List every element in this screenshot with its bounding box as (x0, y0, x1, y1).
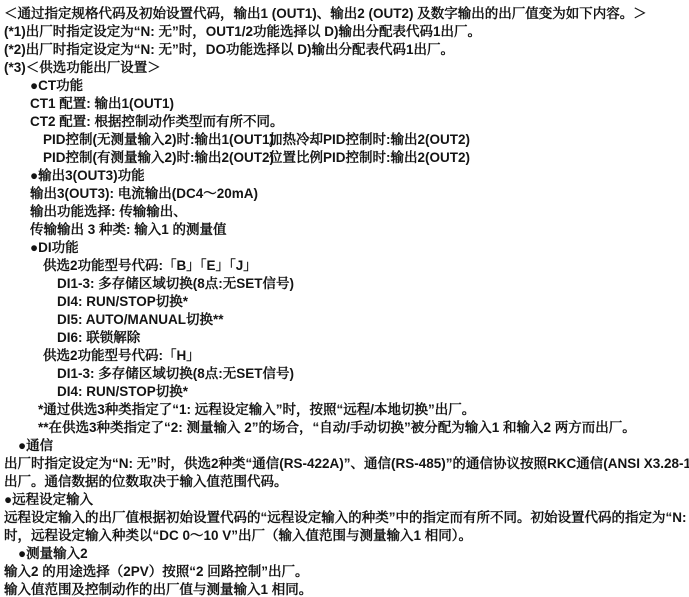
section-out3: ●输出3(OUT3)功能 (2, 167, 689, 185)
section-ct: ●CT功能 (2, 77, 689, 95)
pid-row-1: PID控制(无测量输入2)时:输出1(OUT1)加热冷却PID控制时:输出2(O… (2, 131, 689, 149)
line-text-column2: 位置比例PID控制时:输出2(OUT2) (269, 149, 470, 167)
line-text: ＜通过指定规格代码及初始设置代码，输出1 (OUT1)、输出2 (OUT2) 及… (4, 6, 647, 21)
document-lines: ＜通过指定规格代码及初始设置代码，输出1 (OUT1)、输出2 (OUT2) 及… (2, 5, 689, 597)
option2-code-h: 供选2功能型号代码:「H」 (2, 347, 689, 365)
line-text: DI4: RUN/STOP切换* (57, 294, 188, 309)
note-3-heading: (*3)＜供选功能出厂设置＞ (2, 59, 689, 77)
option2-code-bej: 供选2功能型号代码:「B」「E」「J」 (2, 257, 689, 275)
section-comm: ●通信 (2, 437, 689, 455)
di4-bej: DI4: RUN/STOP切换* (2, 293, 689, 311)
line-text: ●CT功能 (30, 78, 83, 93)
section-di: ●DI功能 (2, 239, 689, 257)
line-text: DI5: AUTO/MANUAL切换** (57, 312, 224, 327)
ct2-config: CT2 配置: 根据控制动作类型而有所不同。 (2, 113, 689, 131)
line-text: 出厂。通信数据的位数取决于输入值范围代码。 (4, 474, 288, 489)
mi2-body-2: 输入值范围及控制动作的出厂值与测量输入1 相同。 (2, 581, 689, 597)
line-text: ●通信 (18, 438, 53, 453)
line-text: ●测量输入2 (18, 546, 88, 561)
mi2-body-1: 输入2 的用途选择（2PV）按照“2 回路控制”出厂。 (2, 563, 689, 581)
section-measure-in2: ●测量输入2 (2, 545, 689, 563)
line-text: PID控制(有测量输入2)时:输出2(OUT2) (43, 150, 274, 165)
note-2: (*2)出厂时指定设定为“N: 无”时，DO功能选择以 D)输出分配表代码1出厂… (2, 41, 689, 59)
line-text: 时，远程设定输入种类以“DC 0～10 V”出厂（输入值范围与测量输入1 相同）… (4, 528, 472, 543)
ct1-config: CT1 配置: 输出1(OUT1) (2, 95, 689, 113)
line-text: 输入2 的用途选择（2PV）按照“2 回路控制”出厂。 (4, 564, 309, 579)
pid-row-2: PID控制(有测量输入2)时:输出2(OUT2)位置比例PID控制时:输出2(O… (2, 149, 689, 167)
transmission-type: 传输输出 3 种类: 输入1 的测量值 (2, 221, 689, 239)
line-text-column2: 加热冷却PID控制时:输出2(OUT2) (269, 131, 470, 149)
comm-body-2: 出厂。通信数据的位数取决于输入值范围代码。 (2, 473, 689, 491)
line-text: DI6: 联锁解除 (57, 330, 140, 345)
line-text: DI1-3: 多存储区域切换(8点:无SET信号) (57, 366, 294, 381)
line-text: 输出功能选择: 传输输出、 (30, 204, 187, 219)
line-text: CT2 配置: 根据控制动作类型而有所不同。 (30, 114, 284, 129)
remote-body-2: 时，远程设定输入种类以“DC 0～10 V”出厂（输入值范围与测量输入1 相同）… (2, 527, 689, 545)
line-text: 传输输出 3 种类: 输入1 的测量值 (30, 222, 227, 237)
line-text: DI4: RUN/STOP切换* (57, 384, 188, 399)
section-remote-set: ●远程设定输入 (2, 491, 689, 509)
line-text: *通过供选3种类指定了“1: 远程设定输入”时，按照“远程/本地切换”出厂。 (38, 402, 475, 417)
intro-line: ＜通过指定规格代码及初始设置代码，输出1 (OUT1)、输出2 (OUT2) 及… (2, 5, 689, 23)
out3-function-select: 输出功能选择: 传输输出、 (2, 203, 689, 221)
di5-bej: DI5: AUTO/MANUAL切换** (2, 311, 689, 329)
line-text: PID控制(无测量输入2)时:输出1(OUT1) (43, 132, 274, 147)
line-text: 输出3(OUT3): 电流输出(DC4～20mA) (30, 186, 258, 201)
out3-type: 输出3(OUT3): 电流输出(DC4～20mA) (2, 185, 689, 203)
remote-body-1: 远程设定输入的出厂值根据初始设置代码的“远程设定输入的种类”中的指定而有所不同。… (2, 509, 689, 527)
line-text: (*3)＜供选功能出厂设置＞ (4, 60, 161, 75)
line-text: (*1)出厂时指定设定为“N: 无”时，OUT1/2功能选择以 D)输出分配表代… (4, 24, 481, 39)
line-text: ●输出3(OUT3)功能 (30, 168, 145, 183)
line-text: 远程设定输入的出厂值根据初始设置代码的“远程设定输入的种类”中的指定而有所不同。… (4, 510, 689, 525)
note-1: (*1)出厂时指定设定为“N: 无”时，OUT1/2功能选择以 D)输出分配表代… (2, 23, 689, 41)
line-text: CT1 配置: 输出1(OUT1) (30, 96, 174, 111)
line-text: 供选2功能型号代码:「B」「E」「J」 (43, 258, 257, 273)
comm-body-1: 出厂时指定设定为“N: 无”时，供选2种类“通信(RS-422A)”、通信(RS… (2, 455, 689, 473)
line-text: ●远程设定输入 (4, 492, 93, 507)
di6-bej: DI6: 联锁解除 (2, 329, 689, 347)
line-text: (*2)出厂时指定设定为“N: 无”时，DO功能选择以 D)输出分配表代码1出厂… (4, 42, 454, 57)
line-text: **在供选3种类指定了“2: 测量输入 2”的场合，“自动/手动切换”被分配为输… (38, 420, 636, 435)
di1-3-h: DI1-3: 多存储区域切换(8点:无SET信号) (2, 365, 689, 383)
line-text: ●DI功能 (30, 240, 79, 255)
footnote-double-star: **在供选3种类指定了“2: 测量输入 2”的场合，“自动/手动切换”被分配为输… (2, 419, 689, 437)
line-text: 输入值范围及控制动作的出厂值与测量输入1 相同。 (4, 582, 312, 597)
line-text: DI1-3: 多存储区域切换(8点:无SET信号) (57, 276, 294, 291)
footnote-single-star: *通过供选3种类指定了“1: 远程设定输入”时，按照“远程/本地切换”出厂。 (2, 401, 689, 419)
line-text: 出厂时指定设定为“N: 无”时，供选2种类“通信(RS-422A)”、通信(RS… (4, 456, 689, 471)
di1-3-bej: DI1-3: 多存储区域切换(8点:无SET信号) (2, 275, 689, 293)
line-text: 供选2功能型号代码:「H」 (43, 348, 200, 363)
document-page: ＜通过指定规格代码及初始设置代码，输出1 (OUT1)、输出2 (OUT2) 及… (0, 0, 689, 597)
di4-h: DI4: RUN/STOP切换* (2, 383, 689, 401)
